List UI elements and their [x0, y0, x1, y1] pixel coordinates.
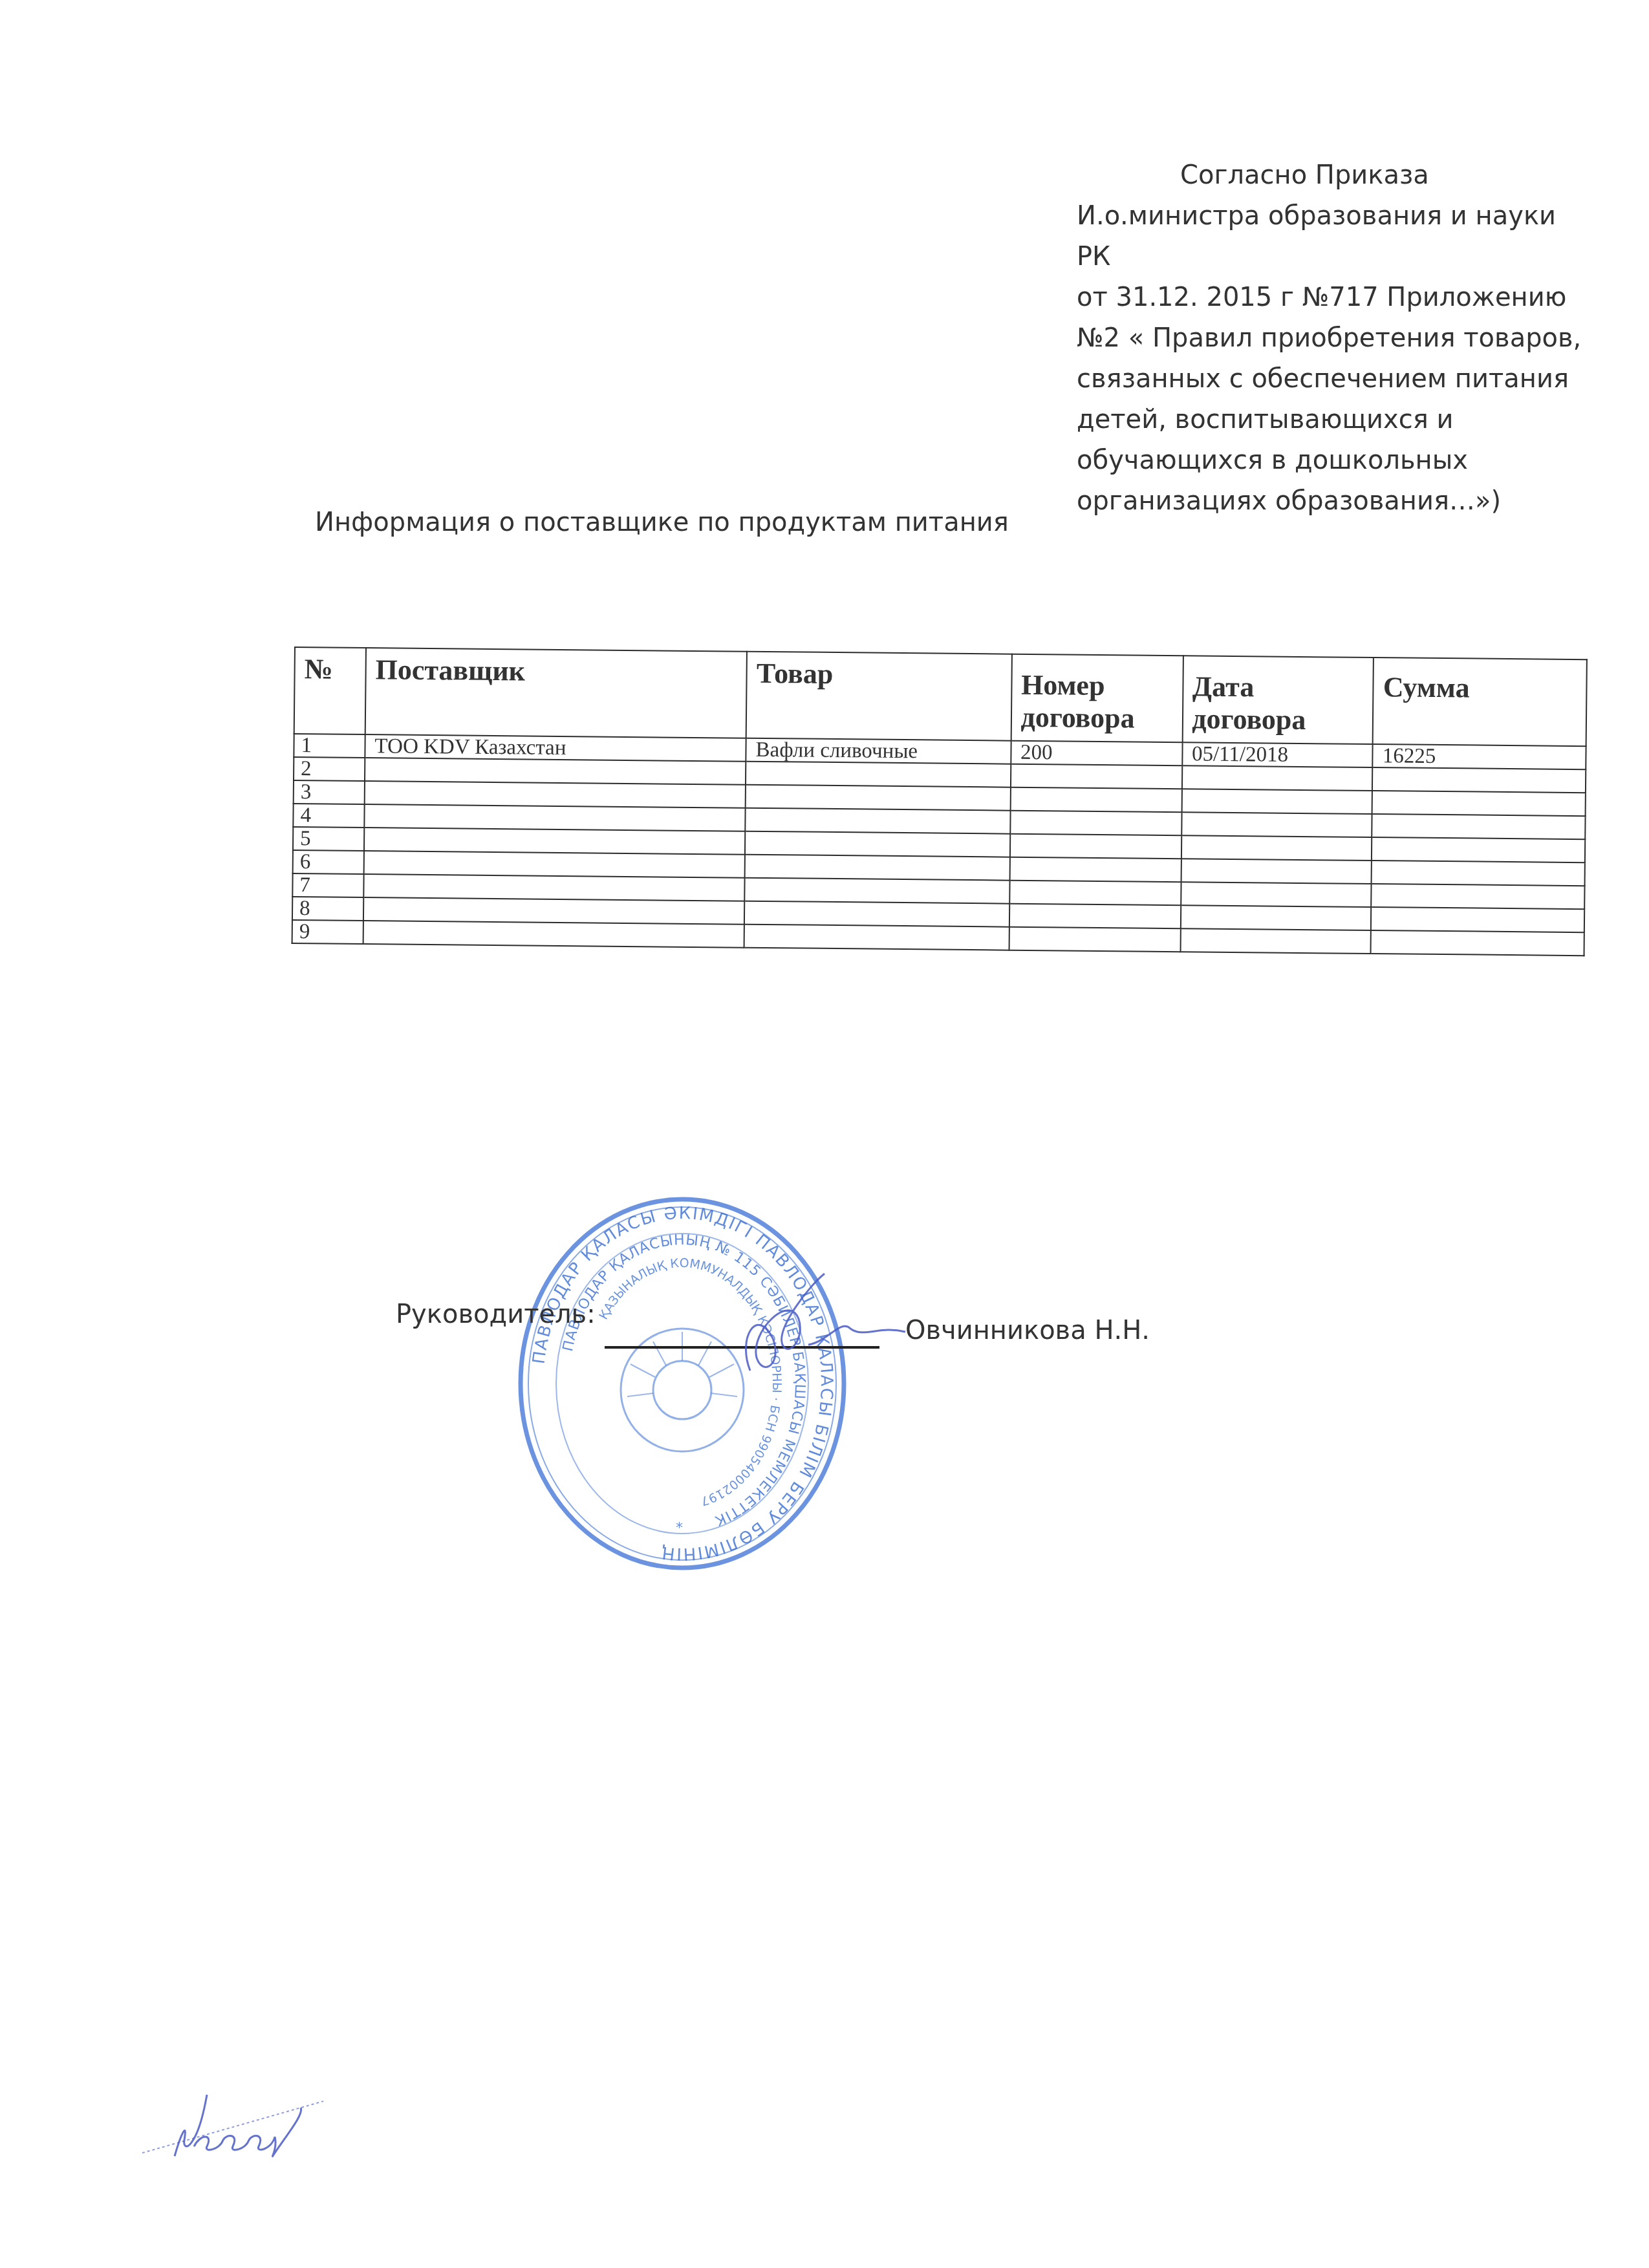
- cell-number: 5: [293, 827, 364, 851]
- cell-contract-number: [1009, 881, 1181, 906]
- cell-sum: [1372, 791, 1586, 816]
- header-text: Дата: [1192, 670, 1255, 703]
- cell-contract-number: [1009, 904, 1181, 929]
- cell-goods: [746, 762, 1011, 787]
- cell-supplier: [363, 921, 744, 948]
- cell-sum: [1372, 837, 1585, 862]
- cell-supplier: [365, 758, 746, 785]
- legal-basis-block: Согласно Приказа И.о.министра образовани…: [1077, 155, 1594, 522]
- cell-contract-date: [1181, 835, 1372, 861]
- cell-contract-number: [1011, 764, 1182, 789]
- basis-line: №2 « Правил приобретения товаров,: [1077, 318, 1594, 359]
- cell-contract-number: [1009, 857, 1181, 883]
- document-page: Согласно Приказа И.о.министра образовани…: [0, 0, 1649, 2268]
- cell-sum: [1371, 930, 1584, 956]
- svg-text:*: *: [676, 1520, 683, 1536]
- cell-supplier: [363, 897, 745, 925]
- cell-contract-date: [1180, 905, 1371, 930]
- cell-sum: [1372, 861, 1585, 886]
- cell-contract-number: 200: [1011, 741, 1182, 766]
- cell-goods: [744, 901, 1009, 927]
- header-contract-number: Номер договора: [1011, 654, 1183, 743]
- cell-supplier: [365, 781, 746, 808]
- cell-supplier: [364, 804, 746, 831]
- cell-sum: [1372, 884, 1585, 909]
- cell-number: 7: [292, 873, 363, 897]
- cell-contract-number: [1010, 811, 1181, 836]
- initials-signature-icon: [136, 2088, 330, 2166]
- cell-number: 9: [292, 920, 363, 944]
- cell-supplier: [364, 828, 746, 855]
- cell-contract-number: [1010, 787, 1181, 813]
- document-title: Информация о поставщике по продуктам пит…: [315, 508, 1009, 537]
- basis-line: И.о.министра образования и науки РК: [1077, 196, 1594, 277]
- cell-goods: [744, 878, 1009, 904]
- cell-supplier: [363, 874, 745, 901]
- cell-goods: [746, 785, 1011, 811]
- basis-line: детей, воспитывающихся и: [1077, 400, 1594, 440]
- header-sum: Сумма: [1373, 658, 1587, 746]
- supplier-table: № Поставщик Товар Номер договора Дата до…: [292, 647, 1588, 956]
- signer-name: Овчинникова Н.Н.: [905, 1316, 1150, 1345]
- cell-contract-date: [1181, 859, 1372, 884]
- cell-goods: [745, 855, 1010, 881]
- cell-contract-date: [1181, 765, 1372, 791]
- basis-line: организациях образования…»): [1077, 481, 1594, 522]
- basis-line: связанных с обеспечением питания: [1077, 359, 1594, 400]
- handwritten-signature-icon: [711, 1267, 918, 1384]
- official-stamp-icon: ПАВЛОДАР ҚАЛАСЫ ӘКІМДІГІ ПАВЛОДАР ҚАЛАСЫ…: [514, 1196, 850, 1571]
- cell-contract-date: 05/11/2018: [1182, 742, 1373, 767]
- cell-goods: Вафли сливочные: [746, 738, 1011, 764]
- header-number: №: [294, 647, 366, 734]
- cell-contract-date: [1181, 812, 1372, 837]
- header-goods: Товар: [746, 652, 1012, 741]
- cell-contract-number: [1010, 834, 1181, 859]
- signature-role-label: Руководитель:: [396, 1300, 596, 1329]
- cell-number: 2: [294, 757, 365, 781]
- cell-contract-date: [1181, 789, 1372, 814]
- cell-contract-date: [1181, 882, 1372, 907]
- cell-sum: [1372, 767, 1586, 793]
- cell-sum: [1372, 814, 1586, 839]
- header-supplier: Поставщик: [365, 648, 748, 738]
- cell-number: 6: [293, 850, 364, 874]
- cell-number: 4: [293, 804, 364, 828]
- table-header-row: № Поставщик Товар Номер договора Дата до…: [294, 647, 1587, 746]
- basis-line: от 31.12. 2015 г №717 Приложению: [1077, 277, 1594, 318]
- cell-number: 1: [294, 734, 365, 758]
- cell-goods: [745, 831, 1010, 857]
- cell-contract-date: [1180, 928, 1371, 954]
- cell-supplier: [364, 851, 746, 878]
- cell-sum: [1371, 907, 1584, 932]
- cell-goods: [744, 925, 1009, 950]
- cell-sum: 16225: [1373, 744, 1586, 769]
- header-text: договора: [1192, 703, 1306, 736]
- cell-goods: [745, 808, 1010, 834]
- basis-line: Согласно Приказа: [1077, 155, 1594, 196]
- cell-number: 8: [292, 897, 363, 921]
- cell-supplier: ТОО KDV Казахстан: [365, 734, 746, 762]
- basis-line: обучающихся в дошкольных: [1077, 440, 1594, 481]
- cell-contract-number: [1009, 927, 1180, 952]
- cell-number: 3: [294, 780, 365, 804]
- header-contract-date: Дата договора: [1182, 656, 1374, 744]
- header-text: договора: [1020, 701, 1134, 734]
- header-text: Номер: [1021, 669, 1105, 701]
